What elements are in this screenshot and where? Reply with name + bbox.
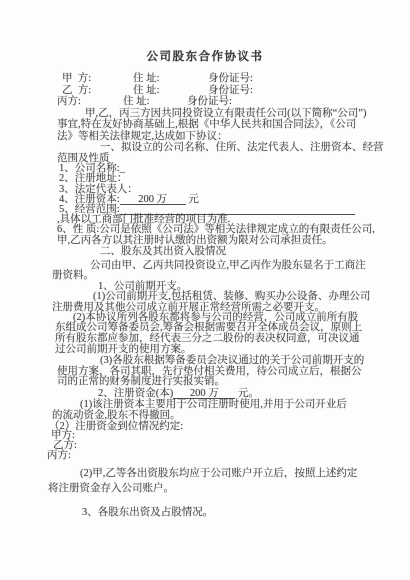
text-segment: 甲 方: (62, 73, 91, 84)
funds-party-c-label: 丙方: (47, 450, 71, 461)
text-segment: 身份证号: (208, 73, 253, 84)
section-2-intro-line-2: 册资料。 (52, 270, 94, 281)
text-segment: (1)该注册资本主要用于公司注册时使用,并用于公司开业后 (80, 399, 347, 410)
text-segment: (2)甲,乙等各出资股东均应于公司账户开立后，按照上述约定 (80, 468, 357, 479)
party-c-address-label: 住 址: (123, 96, 150, 107)
fill-in-blank: 200 万 (173, 388, 235, 399)
text-segment: 法》等相关法律规定,达成如下协议： (57, 131, 228, 142)
section-2-intro-line-1: 公司由甲、乙丙共同投资设立,甲乙丙作为股东显名于工商注 (90, 260, 366, 271)
text-segment: (1)公司前期开支,包括租赁、装修、购买办公设备、办理公司 (93, 291, 370, 302)
preamble-line-3: 法》等相关法律规定,达成如下协议： (57, 131, 228, 142)
text-segment: 住 址: (133, 73, 160, 84)
party-b-label: 乙 方: (62, 85, 91, 96)
item-registered-address: 2、注册地址： (59, 173, 127, 184)
party-a-address-label: 住 址: (133, 73, 160, 84)
text-segment: 住 址: (133, 85, 160, 96)
text-segment: 公司由甲、乙丙共同投资设立,甲乙丙作为股东显名于工商注 (90, 260, 366, 271)
text-segment: 一、拟设立的公司名称、住所、法定代表人、注册资本、经营 (100, 142, 384, 153)
text-segment: (3)各股东根据筹备委员会决议通过的关于公司前期开支的 (100, 355, 364, 366)
text-segment: 元。 (235, 388, 259, 399)
text-segment: 事宜,特在友好协商基础上,根据《中华人民共和国合同法》，《公司 (57, 119, 356, 130)
clause-1-2-line-4: 过公司前期开支的使用方案。 (55, 344, 192, 355)
clause-2-2-deposit-line-1: (2)甲,乙等各出资股东均应于公司账户开立后，按照上述约定 (80, 468, 357, 479)
text-segment: 身份证号: (187, 96, 232, 107)
text-segment: 2、注册地址： (59, 173, 127, 184)
text-segment: 甲,乙，丙三方因共同投资设立有限责任公司(以下简称“公司”) (85, 108, 366, 119)
clause-1-2-line-2: 东组成公司筹备委员会,筹备会根据需要召开全体成员会议，原则上 (55, 322, 362, 333)
text-segment: 所有股东都应参加，经代表三分之二股份的表决权同意，可决议通 (55, 333, 360, 344)
party-c-id-label: 身份证号: (187, 96, 232, 107)
text-segment: 的流动资金,股东不得撤回。 (52, 410, 181, 421)
party-c-label: 丙方: (57, 96, 81, 107)
clause-2-1-line-2: 的流动资金,股东不得撤回。 (52, 410, 181, 421)
clause-1-2-line-3: 所有股东都应参加，经代表三分之二股份的表决权同意，可决议通 (55, 333, 360, 344)
clause-2-1-line-1: (1)该注册资本主要用于公司注册时使用,并用于公司开业后 (80, 399, 347, 410)
party-b-id-label: 身份证号: (208, 85, 253, 96)
text-segment: 二、股东及其出资入股情况 (100, 246, 226, 257)
preamble-line-1: 甲,乙，丙三方因共同投资设立有限责任公司(以下简称“公司”) (85, 108, 366, 119)
text-segment: 2、注册资金(本) (98, 388, 173, 399)
text-segment: 司的正常的财务制度进行实报实销。 (57, 376, 225, 387)
text-segment: 丙方: (57, 96, 81, 107)
document-title: 公司股东合作协议书 (0, 51, 410, 63)
section-2-heading: 二、股东及其出资入股情况 (100, 246, 226, 257)
party-b-address-label: 住 址: (133, 85, 160, 96)
text-segment: 甲,乙丙各方以其注册时认缴的出资额为限对公司承担责任。 (57, 235, 333, 246)
item-company-nature-line-2: 甲,乙丙各方以其注册时认缴的出资额为限对公司承担责任。 (57, 235, 333, 246)
section-1-heading-line-1: 一、拟设立的公司名称、住所、法定代表人、注册资本、经营 (100, 142, 384, 153)
party-a-label: 甲 方: (62, 73, 91, 84)
text-segment: 6、性 质:公司是依照《公司法》等相关法律规定成立的有限责任公司, (57, 224, 375, 235)
text-segment: 将注册资金存入公司账户。 (48, 483, 174, 494)
clause-3-shareholding-heading: 3、各股东出资及占股情况。 (82, 507, 213, 518)
clause-2-2-deposit-line-2: 将注册资金存入公司账户。 (48, 483, 174, 494)
text-segment: 丙方: (47, 450, 71, 461)
text-segment: 乙 方: (62, 85, 91, 96)
clause-1-3-line-1: (3)各股东根据筹备委员会决议通过的关于公司前期开支的 (100, 355, 364, 366)
clause-1-3-line-3: 司的正常的财务制度进行实报实销。 (57, 376, 225, 387)
document-page: 公司股东合作协议书 甲 方:住 址:身份证号:乙 方:住 址:身份证号:丙方:住… (0, 0, 410, 580)
party-a-id-label: 身份证号: (208, 73, 253, 84)
clause-2-registered-funds-heading: 2、注册资金(本) 200 万 元。 (98, 388, 259, 399)
text-segment: 过公司前期开支的使用方案。 (55, 344, 192, 355)
text-segment: 3、各股东出资及占股情况。 (82, 507, 213, 518)
clause-1-1-line-1: (1)公司前期开支,包括租赁、装修、购买办公设备、办理公司 (93, 291, 370, 302)
item-company-nature-line-1: 6、性 质:公司是依照《公司法》等相关法律规定成立的有限责任公司, (57, 224, 375, 235)
preamble-line-2: 事宜,特在友好协商基础上,根据《中华人民共和国合同法》，《公司 (57, 119, 356, 130)
text-segment: 住 址: (123, 96, 150, 107)
text-segment: 册资料。 (52, 270, 94, 281)
text-segment: 东组成公司筹备委员会,筹备会根据需要召开全体成员会议，原则上 (55, 322, 362, 333)
text-segment: 身份证号: (208, 85, 253, 96)
